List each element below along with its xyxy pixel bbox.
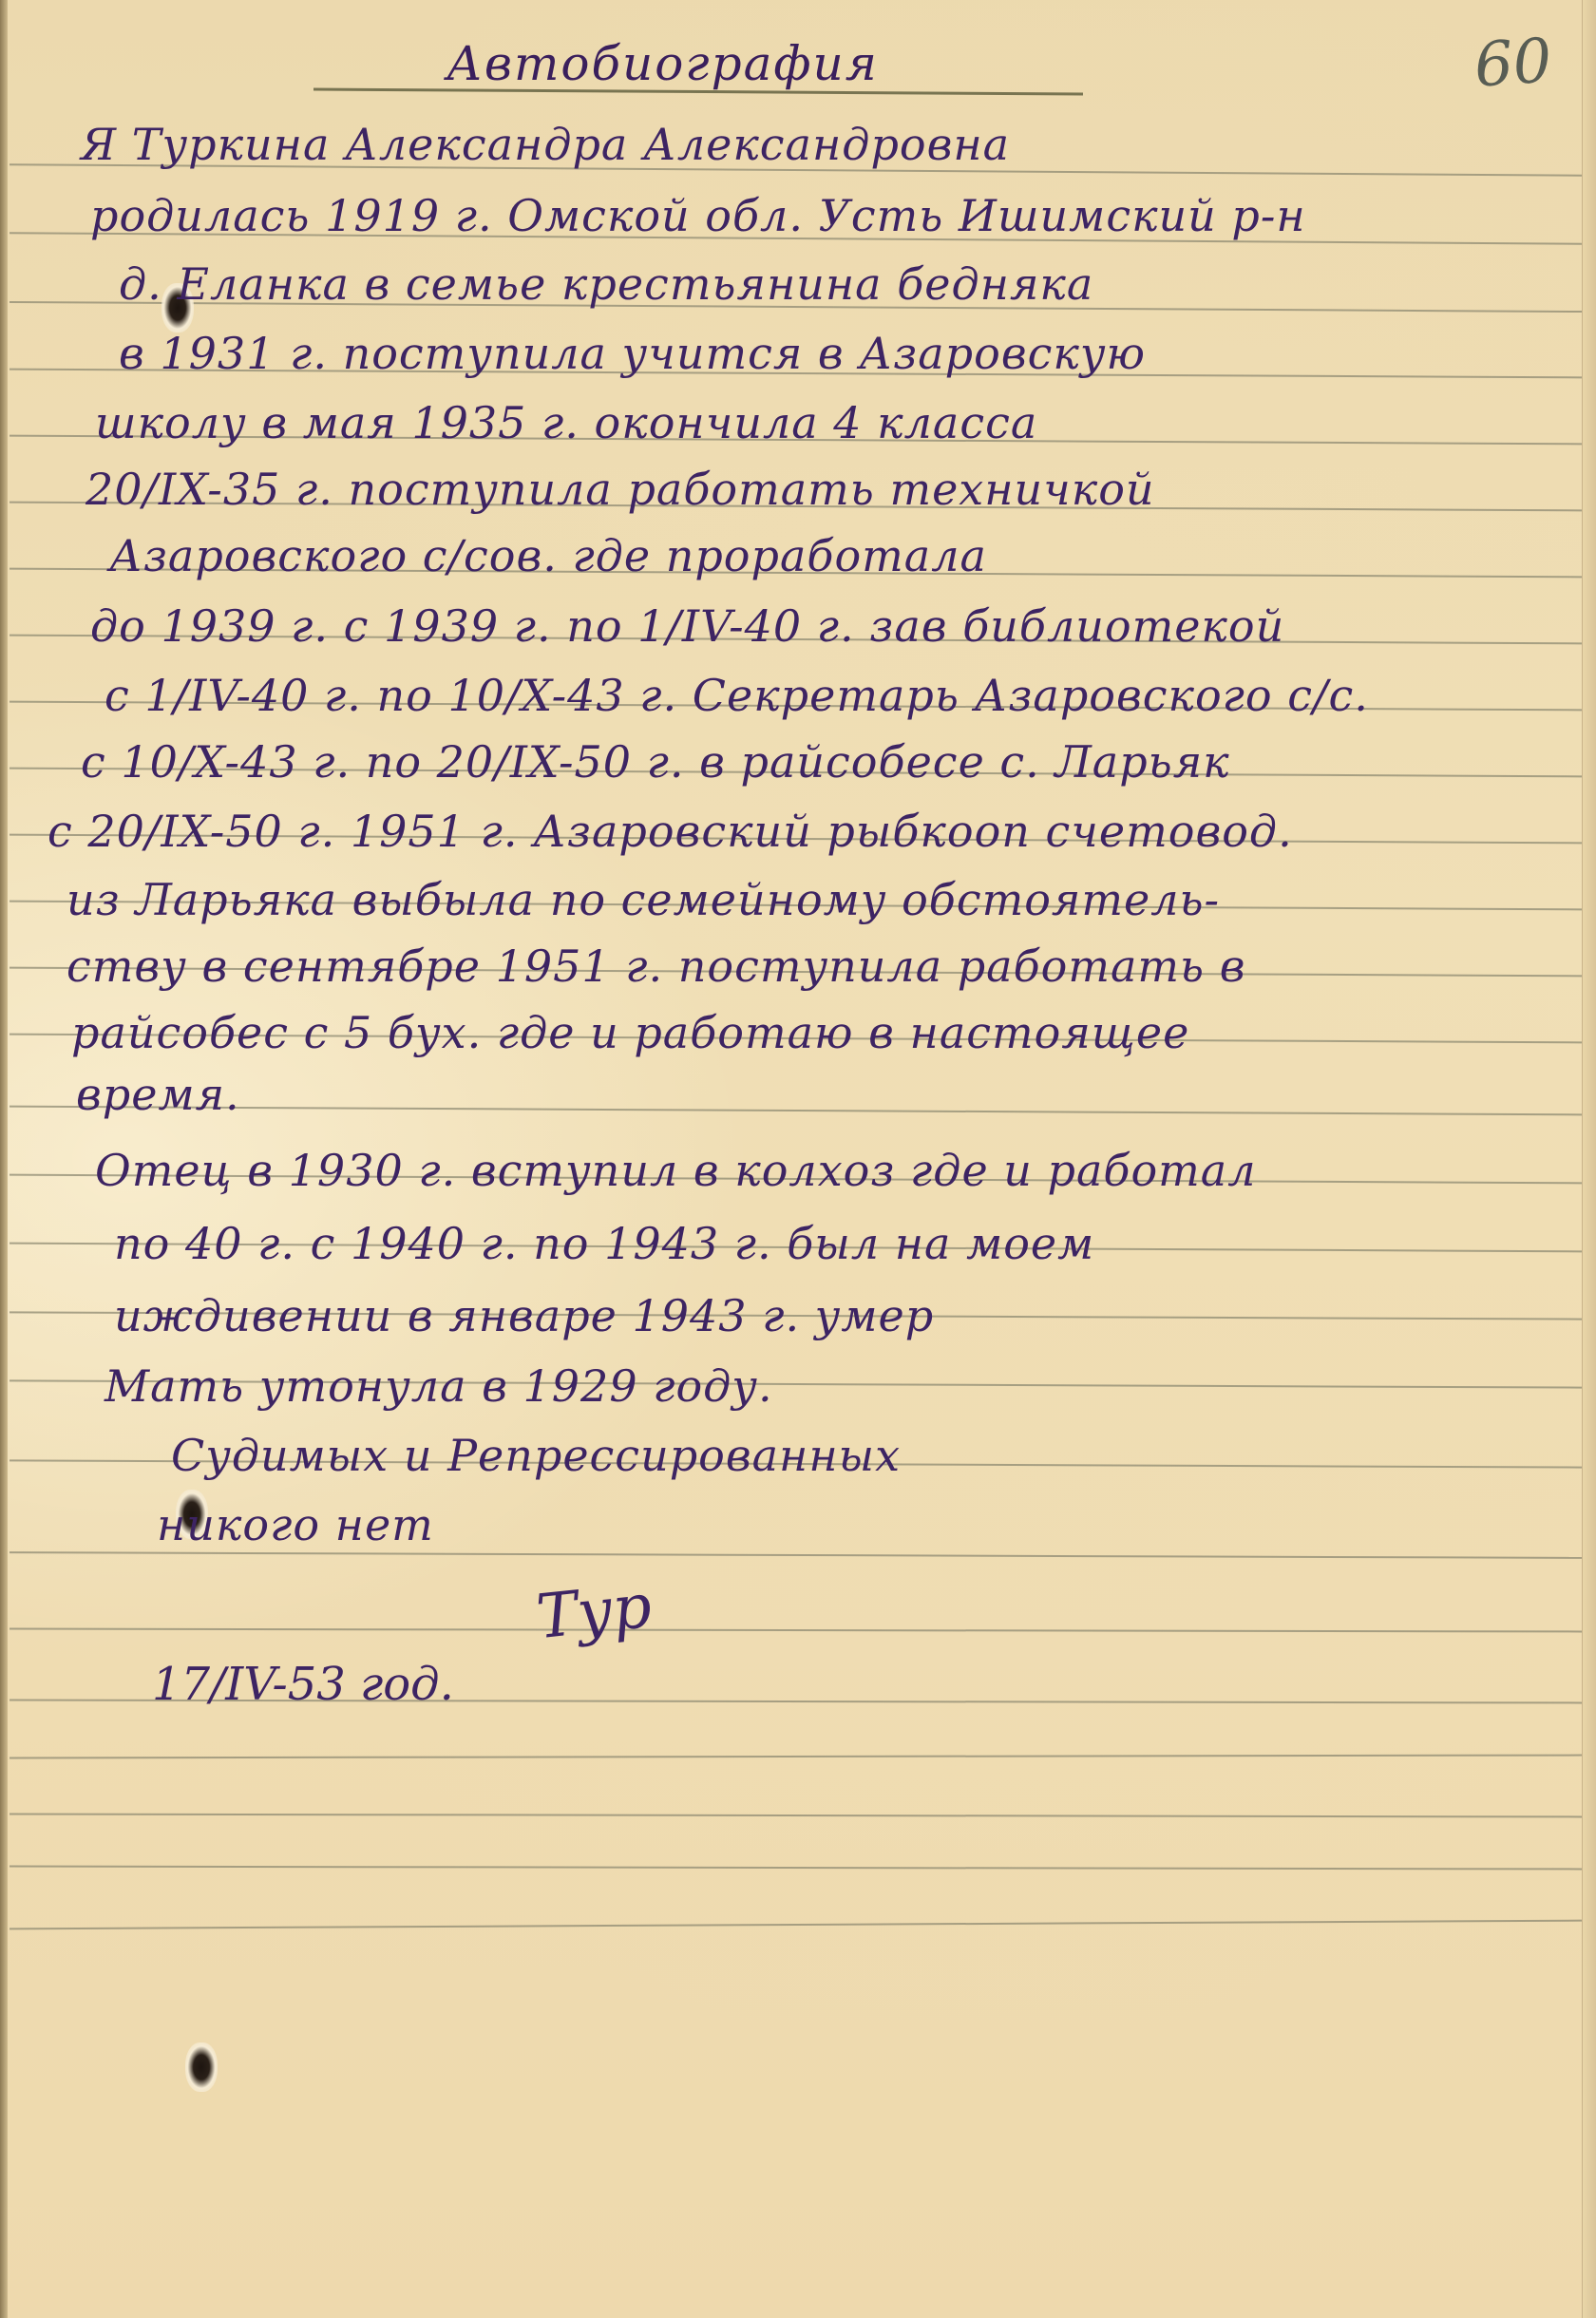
text-line: школу в мая 1935 г. окончила 4 класса <box>95 397 1037 448</box>
text-line: из Ларьяка выбыла по семейному обстоятел… <box>66 874 1220 925</box>
signature: Тур <box>533 1571 655 1653</box>
text-line: Я Туркина Александра Александровна <box>81 119 1010 170</box>
punch-hole <box>185 2042 218 2092</box>
text-line: райсобес с 5 бух. где и работаю в настоя… <box>71 1007 1189 1058</box>
text-line: до 1939 г. с 1939 г. по 1/IV-40 г. зав б… <box>90 600 1284 652</box>
text-line: иждивении в январе 1943 г. умер <box>114 1290 934 1341</box>
text-line: время. <box>76 1069 240 1120</box>
ruled-line <box>9 1628 1582 1633</box>
text-line: 20/IX-35 г. поступила работать техничкой <box>85 464 1155 515</box>
ruled-line <box>9 1866 1582 1871</box>
document-page: 60 Автобиография Я Туркина Александра Ал… <box>0 0 1596 2318</box>
text-line: Азаровского с/сов. где проработала <box>109 530 987 581</box>
archive-page-number: 60 <box>1472 26 1554 102</box>
text-line: по 40 г. с 1940 г. по 1943 г. был на мое… <box>114 1218 1094 1269</box>
text-line: ству в сентябре 1951 г. поступила работа… <box>66 940 1245 992</box>
ruled-line <box>9 1106 1582 1116</box>
page-left-edge <box>0 0 8 2318</box>
text-line: с 1/IV-40 г. по 10/X-43 г. Секретарь Аза… <box>104 670 1369 721</box>
text-line: с 20/IX-50 г. 1951 г. Азаровский рыбкооп… <box>47 806 1293 857</box>
page-right-edge <box>1582 0 1596 2318</box>
document-title: Автобиография <box>446 36 879 91</box>
ruled-line <box>9 1920 1582 1930</box>
ruled-line <box>9 1755 1582 1759</box>
text-line: д. Еланка в семье крестьянина бедняка <box>119 258 1093 310</box>
ruled-line <box>9 1814 1582 1818</box>
text-line: Судимых и Репрессированных <box>171 1430 901 1481</box>
text-line: в 1931 г. поступила учится в Азаровскую <box>119 328 1146 379</box>
text-line: Отец в 1930 г. вступил в колхоз где и ра… <box>95 1145 1257 1196</box>
document-date: 17/IV-53 год. <box>152 1658 454 1711</box>
text-line: никого нет <box>157 1499 434 1550</box>
ruled-line <box>9 1551 1582 1559</box>
text-line: Мать утонула в 1929 году. <box>104 1360 773 1412</box>
text-line: с 10/X-43 г. по 20/IX-50 г. в райсобесе … <box>81 736 1230 788</box>
text-line: родилась 1919 г. Омской обл. Усть Ишимск… <box>90 190 1306 241</box>
